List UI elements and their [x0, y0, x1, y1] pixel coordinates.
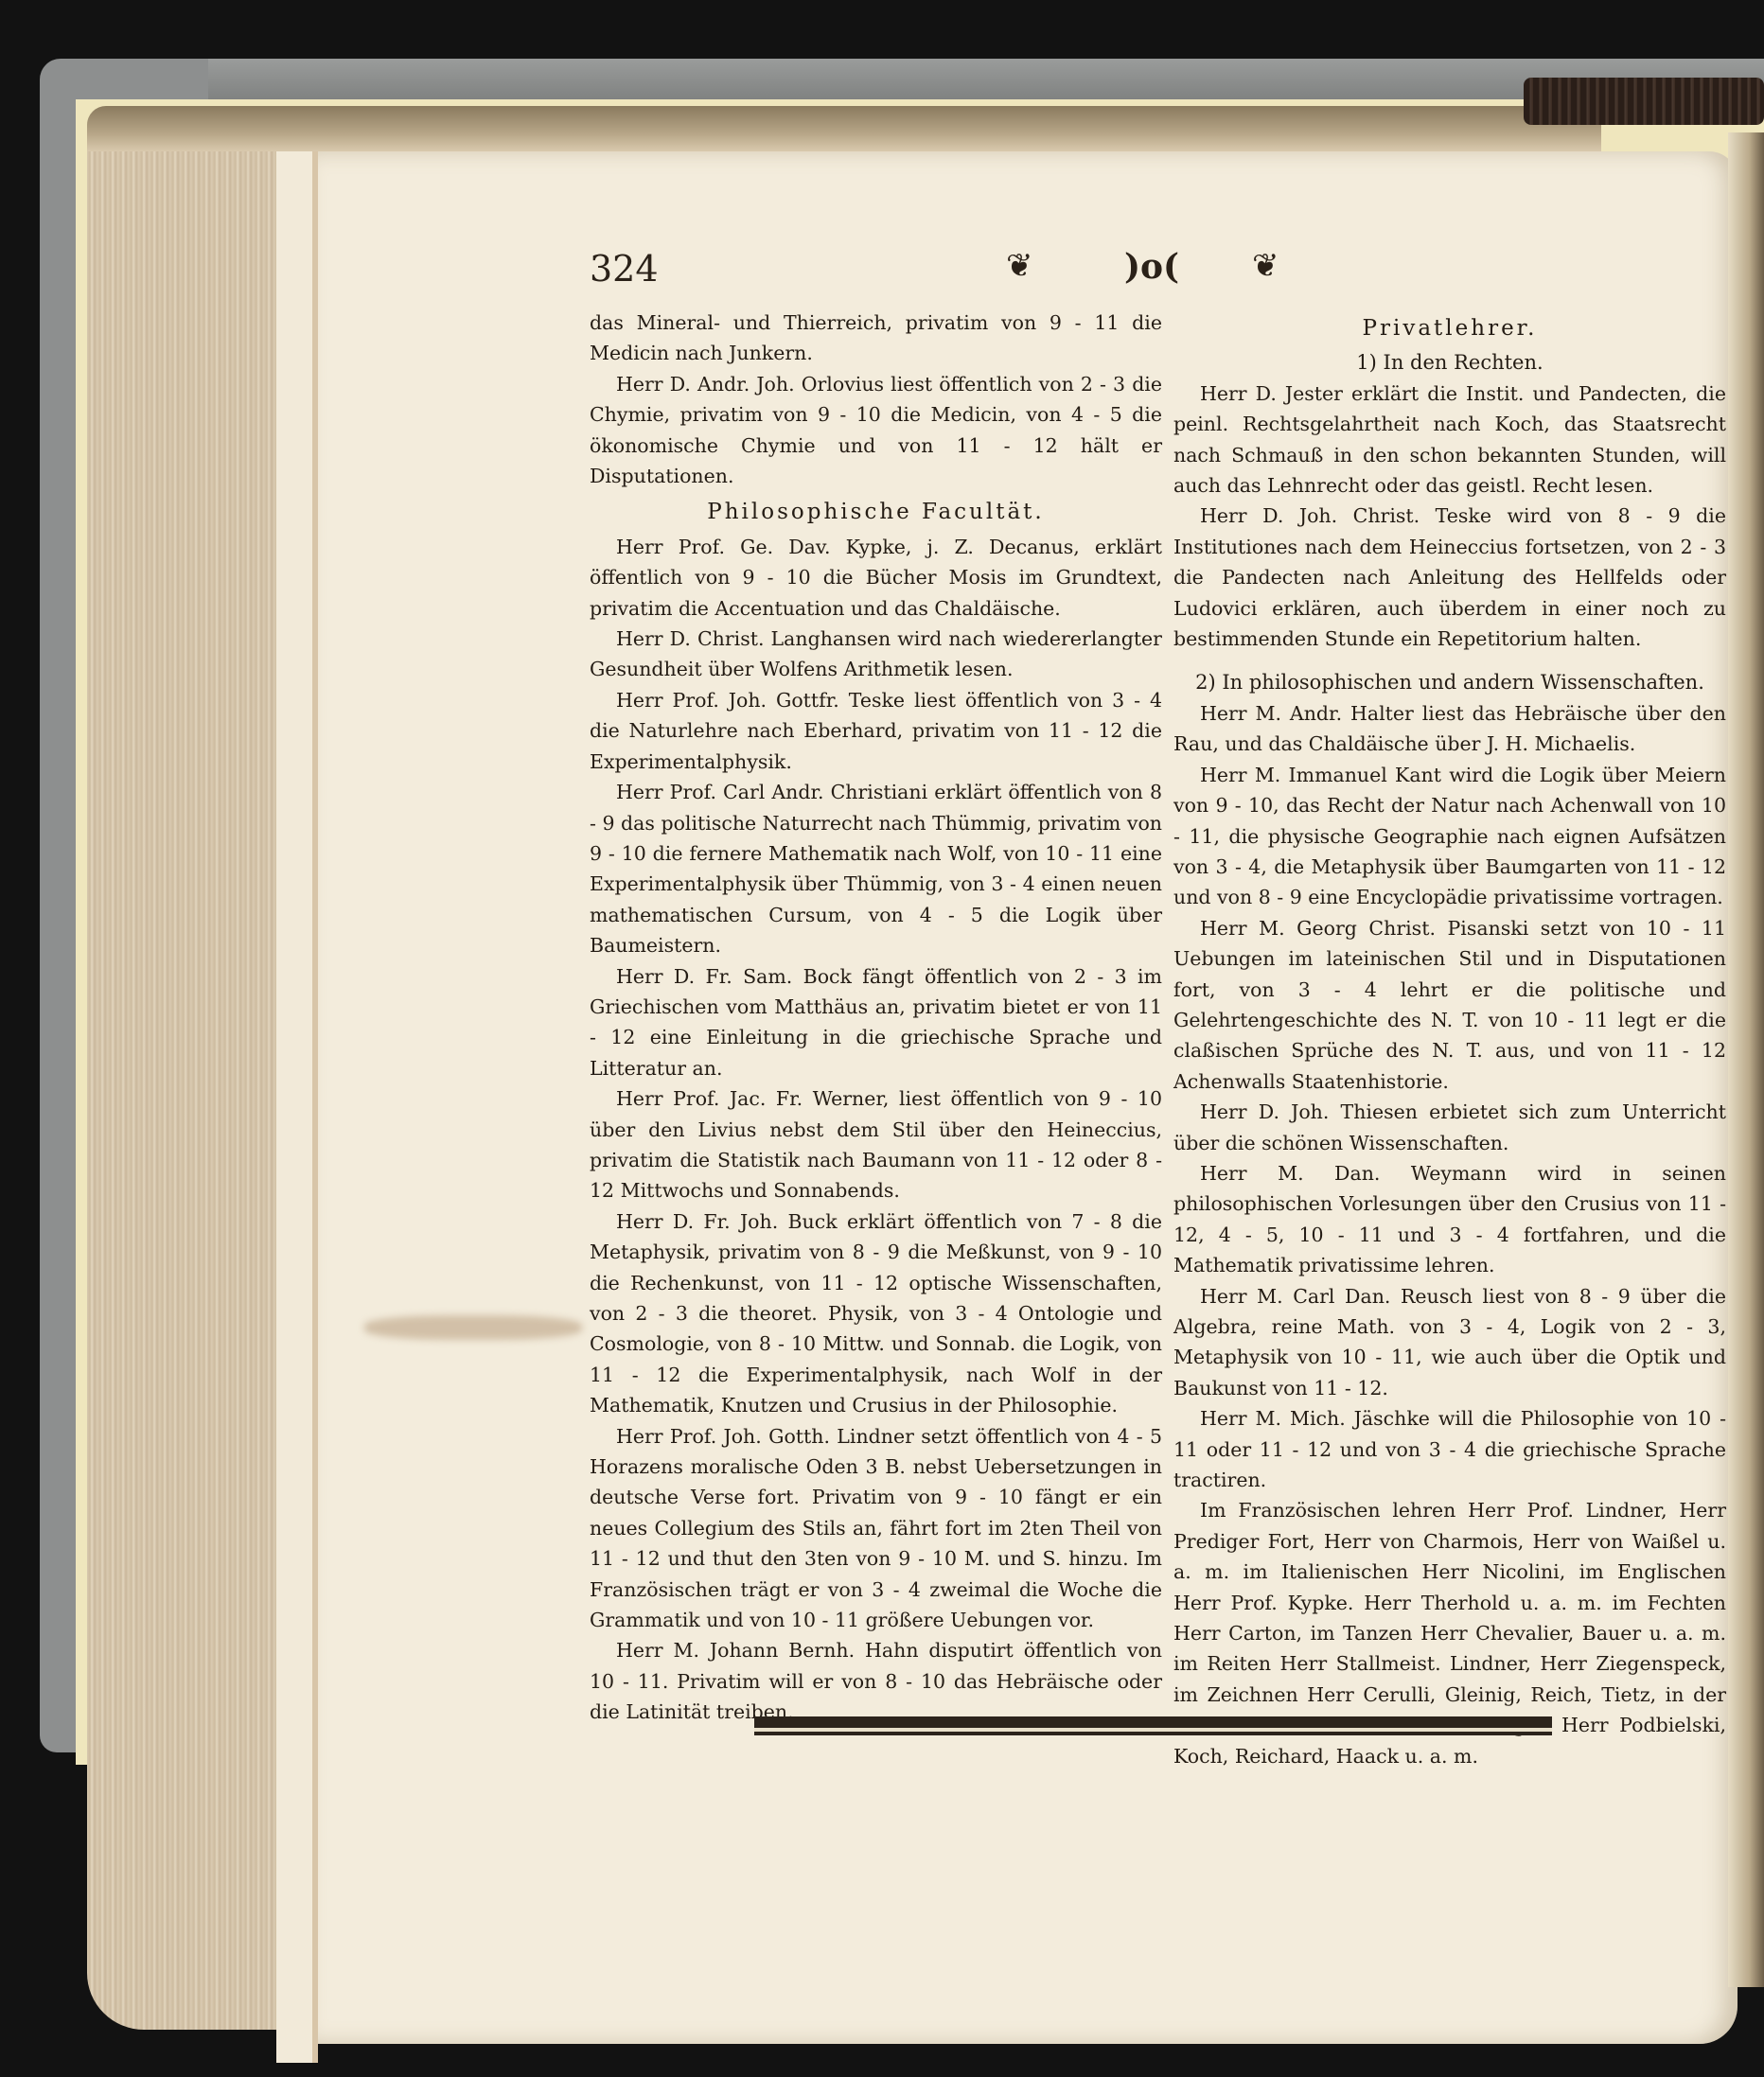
- page-number: 324: [590, 248, 659, 290]
- ornament-separator: )o(: [1124, 250, 1179, 284]
- paragraph: Herr M. Andr. Halter liest das Hebräisch…: [1173, 698, 1726, 760]
- page-block-top-edge: [87, 106, 1601, 151]
- paragraph: Herr M. Johann Bernh. Hahn disputirt öff…: [590, 1635, 1162, 1727]
- paragraph: Herr M. Mich. Jäschke will die Philosoph…: [1173, 1403, 1726, 1495]
- closing-rule: [754, 1716, 1552, 1735]
- paragraph: das Mineral- und Thierreich, privatim vo…: [590, 308, 1162, 369]
- paragraph: Herr D. Christ. Langhansen wird nach wie…: [590, 624, 1162, 685]
- paragraph: Herr M. Immanuel Kant wird die Logik übe…: [1173, 760, 1726, 913]
- paragraph: Herr M. Carl Dan. Reusch liest von 8 - 9…: [1173, 1281, 1726, 1404]
- paragraph: Herr D. Andr. Joh. Orlovius liest öffent…: [590, 369, 1162, 492]
- subsection-heading: 1) In den Rechten.: [1173, 347, 1726, 378]
- paragraph: Herr D. Joh. Thiesen erbietet sich zum U…: [1173, 1097, 1726, 1158]
- section-heading: Privatlehrer.: [1173, 313, 1726, 343]
- previous-leaf-edge: [276, 151, 314, 2063]
- left-column: das Mineral- und Thierreich, privatim vo…: [590, 308, 1162, 1728]
- running-head: 324 ❦ )o( ❦: [590, 248, 1725, 295]
- paragraph: Herr Prof. Joh. Gotth. Lindner setzt öff…: [590, 1421, 1162, 1636]
- headband: [1524, 78, 1764, 125]
- paper-stain: [364, 1315, 582, 1340]
- paragraph: Herr M. Dan. Weymann wird in seinen phil…: [1173, 1158, 1726, 1281]
- shell-ornament-icon: ❦: [1006, 250, 1033, 282]
- paragraph: Herr M. Georg Christ. Pisanski setzt von…: [1173, 913, 1726, 1097]
- subsection-heading: 2) In philosophischen und andern Wissens…: [1173, 667, 1726, 697]
- gutter-shadow: [1728, 132, 1764, 1987]
- paragraph: Herr D. Jester erklärt die Instit. und P…: [1173, 378, 1726, 502]
- right-column: Privatlehrer. 1) In den Rechten. Herr D.…: [1173, 308, 1726, 1771]
- paragraph: Herr Prof. Joh. Gottfr. Teske liest öffe…: [590, 685, 1162, 777]
- paragraph: Herr Prof. Jac. Fr. Werner, liest öffent…: [590, 1083, 1162, 1206]
- paragraph: Herr D. Fr. Joh. Buck erklärt öffentlich…: [590, 1206, 1162, 1421]
- paragraph: Herr D. Joh. Christ. Teske wird von 8 - …: [1173, 501, 1726, 654]
- section-heading: Philosophische Facultät.: [590, 497, 1162, 527]
- paragraph: Herr Prof. Ge. Dav. Kypke, j. Z. Decanus…: [590, 532, 1162, 624]
- paragraph: Herr D. Fr. Sam. Bock fängt öffentlich v…: [590, 961, 1162, 1084]
- shell-ornament-icon: ❦: [1252, 250, 1279, 282]
- paragraph: Herr Prof. Carl Andr. Christiani erklärt…: [590, 777, 1162, 960]
